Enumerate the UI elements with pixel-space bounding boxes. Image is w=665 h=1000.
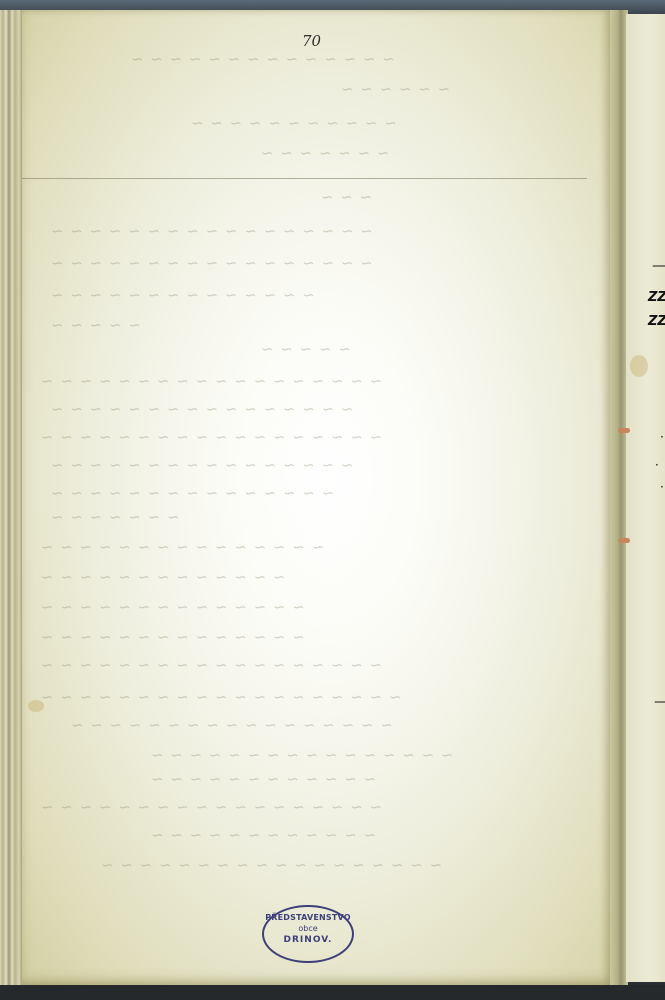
bleed-through-line: ~ ~ ~ ~ ~ ~ ~ ~ ~ ~ ~ ~ ~ ~ ~ ~ ~ ~	[98, 856, 444, 874]
bleed-through-line: ~ ~ ~ ~ ~ ~ ~ ~ ~ ~ ~ ~ ~ ~ ~ ~ ~	[48, 222, 375, 240]
bleed-through-line: ~ ~ ~ ~ ~ ~ ~ ~ ~ ~ ~ ~ ~ ~ ~ ~ ~	[68, 716, 395, 734]
stamp-line-2: obce	[264, 924, 352, 933]
bleed-through-line: ~ ~ ~ ~ ~ ~ ~ ~ ~ ~ ~ ~ ~ ~ ~ ~ ~ ~	[38, 372, 384, 390]
bleed-through-line: ~ ~ ~ ~ ~ ~ ~ ~ ~ ~ ~ ~	[148, 770, 378, 788]
bleed-through-line: ~ ~ ~ ~ ~ ~ ~ ~ ~ ~ ~ ~ ~ ~ ~ ~ ~ ~	[38, 428, 384, 446]
bleed-through-line: ~ ~ ~ ~ ~	[48, 316, 143, 334]
bleed-through-line: ~ ~ ~ ~ ~ ~ ~ ~ ~ ~ ~ ~	[148, 826, 378, 844]
background-bottom	[0, 985, 665, 1000]
facing-page	[626, 14, 665, 982]
page-edges-left	[0, 10, 24, 985]
bleed-through-line: ~ ~ ~ ~ ~ ~ ~ ~ ~ ~ ~ ~ ~ ~	[48, 286, 317, 304]
bleed-through-line: ~ ~ ~ ~ ~ ~ ~ ~ ~ ~ ~ ~ ~ ~ ~	[38, 538, 326, 556]
ruled-divider	[22, 178, 587, 179]
bleed-through-line: ~ ~ ~ ~ ~ ~ ~ ~ ~ ~ ~ ~ ~ ~ ~ ~ ~ ~	[38, 656, 384, 674]
bleed-through-line: ~ ~ ~ ~ ~ ~ ~ ~ ~ ~ ~ ~ ~ ~	[38, 598, 307, 616]
facing-page-mark: ·	[660, 430, 664, 444]
bleed-through-line: ~ ~ ~ ~ ~ ~ ~	[48, 508, 181, 526]
facing-page-mark: —	[652, 258, 665, 274]
binding-staple	[618, 538, 630, 543]
stamp-line-3: DRINOV.	[264, 935, 352, 945]
bleed-through-line: ~ ~ ~ ~ ~ ~ ~ ~ ~ ~ ~ ~ ~ ~ ~ ~	[48, 456, 355, 474]
paper-stain	[28, 700, 44, 712]
facing-page-mark: —	[654, 694, 665, 710]
bleed-through-line: ~ ~ ~ ~ ~ ~ ~	[258, 144, 391, 162]
bleed-through-line: ~ ~ ~ ~ ~ ~ ~ ~ ~ ~ ~ ~ ~ ~	[128, 50, 397, 68]
bleed-through-line: ~ ~ ~ ~ ~ ~ ~ ~ ~ ~ ~ ~ ~ ~ ~ ~ ~	[48, 254, 375, 272]
bleed-through-line: ~ ~ ~ ~ ~ ~ ~ ~ ~ ~ ~ ~ ~ ~	[38, 628, 307, 646]
paper-stain	[630, 355, 648, 377]
bleed-through-line: ~ ~ ~ ~ ~ ~ ~ ~ ~ ~ ~ ~ ~ ~ ~ ~	[148, 746, 455, 764]
bleed-through-line: ~ ~ ~	[318, 188, 374, 206]
bleed-through-line: ~ ~ ~ ~ ~ ~ ~ ~ ~ ~ ~ ~ ~ ~ ~ ~ ~ ~	[38, 798, 384, 816]
bleed-through-line: ~ ~ ~ ~ ~ ~ ~ ~ ~ ~ ~	[188, 114, 399, 132]
page-number: 70	[302, 32, 321, 50]
bleed-through-line: ~ ~ ~ ~ ~ ~ ~ ~ ~ ~ ~ ~ ~ ~ ~ ~	[48, 400, 355, 418]
binding-staple	[618, 428, 630, 433]
municipal-stamp: PŘEDSTAVENSTVO obce DRINOV.	[262, 905, 354, 963]
bleed-through-line: ~ ~ ~ ~ ~ ~	[338, 80, 452, 98]
facing-page-mark: ZZ	[648, 290, 665, 305]
facing-page-mark: ZZ	[648, 314, 665, 329]
stamp-line-1: PŘEDSTAVENSTVO	[264, 913, 352, 922]
bleed-through-line: ~ ~ ~ ~ ~ ~ ~ ~ ~ ~ ~ ~ ~ ~ ~	[48, 484, 336, 502]
bleed-through-line: ~ ~ ~ ~ ~ ~ ~ ~ ~ ~ ~ ~ ~	[38, 568, 287, 586]
facing-page-mark: ·	[655, 458, 659, 472]
bleed-through-line: ~ ~ ~ ~ ~	[258, 340, 353, 358]
bleed-through-line: ~ ~ ~ ~ ~ ~ ~ ~ ~ ~ ~ ~ ~ ~ ~ ~ ~ ~ ~	[38, 688, 403, 706]
facing-page-mark: ·	[660, 480, 664, 494]
